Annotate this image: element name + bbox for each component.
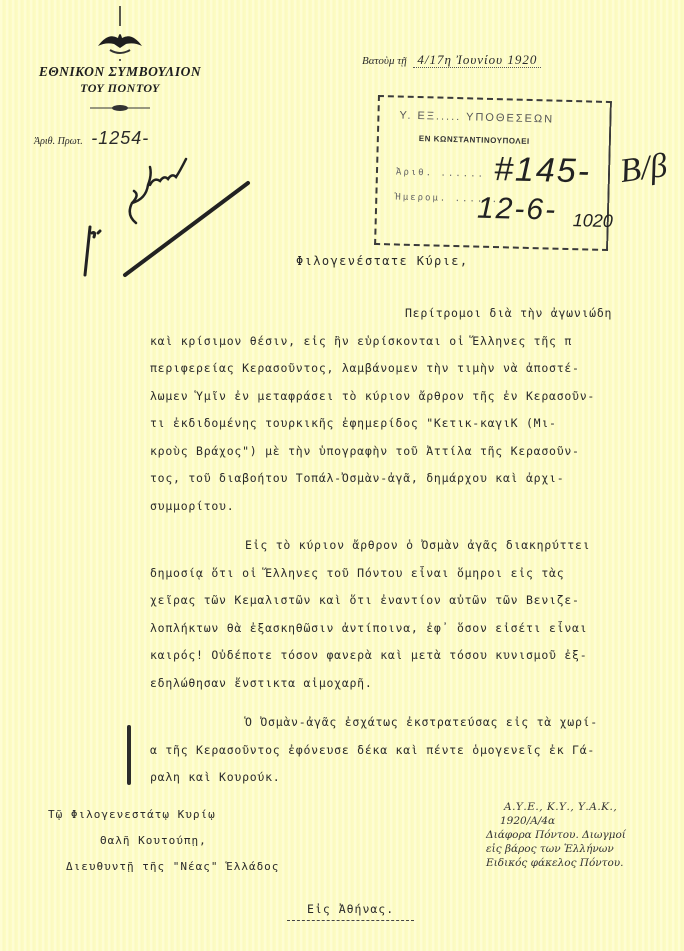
body-line: Περίτρομοι διὰ τὴν ἀγωνιώδη — [150, 300, 670, 328]
organization-subtitle: ΤΟΥ ΠΟΝΤΟΥ — [20, 81, 220, 96]
body-line: περιφερείας Κερασοῦντος, λαμβάνομεν τὴν … — [150, 355, 670, 383]
archive-line-1: Α.Υ.Ε., Κ.Υ., Υ.Α.Κ., — [478, 800, 678, 814]
organization-name: ΕΘΝΙΚΟΝ ΣΥΜΒΟΥΛΙΟΝ — [20, 62, 220, 81]
body-line: καὶ κρίσιμον θέσιν, εἰς ἣν εὑρίσκονται ο… — [150, 328, 670, 356]
letterhead: ΕΘΝΙΚΟΝ ΣΥΜΒΟΥΛΙΟΝ ΤΟΥ ΠΟΝΤΟΥ — [20, 6, 220, 116]
body-line: καιρός! Οὐδέποτε τόσον φανερὰ καὶ μετὰ τ… — [150, 642, 670, 670]
handwritten-signature — [70, 155, 270, 285]
stamp-handwritten-date: 12-6- — [477, 192, 558, 228]
body-line: κροὺς Βράχος") μὲ τὴν ὑπογραφὴν τοῦ Ἀττί… — [150, 438, 670, 466]
body-line: τος, τοῦ διαβοήτου Τοπάλ-Ὀσμὰν-ἀγᾶ, δημά… — [150, 465, 670, 493]
stamp-handwritten-number: #145- — [494, 150, 592, 192]
body-line: τι ἐκδιδομένης τουρκικῆς ἐφημερίδος "Κετ… — [150, 410, 670, 438]
double-headed-eagle-icon — [90, 6, 150, 62]
destination: Εἰς Ἀθήνας. — [287, 902, 414, 921]
body-line: συμμορίτου. — [150, 493, 670, 521]
body-line: α τῆς Κερασοῦντος ἐφόνευσε δέκα καὶ πέντ… — [150, 737, 670, 765]
stamp-handwritten-year: 1020 — [573, 210, 614, 232]
receipt-stamp: Υ. ΕΞ..... ΥΠΟΘΕΣΕΩΝ ΕΝ ΚΩΝΣΤΑΝΤΙΝΟΥΠΟΛΕ… — [374, 95, 612, 251]
address-line-2: Θαλῆ Κουτούπῃ, — [48, 828, 279, 854]
dateline: Βατοὺμ τῇ 4/17η Ἰουνίου 1920 — [362, 52, 541, 68]
protocol-label: Ἀριθ. Πρωτ. — [34, 136, 83, 147]
protocol-number: Ἀριθ. Πρωτ. -1254- — [34, 128, 149, 149]
body-line: λοπλήκτων θὰ ἐξασκηθῶσιν ἀντίποινα, ἐφ᾽ … — [150, 615, 670, 643]
body-line: χεῖρας τῶν Κεμαλιστῶν καὶ ὅτι ἐναντίον α… — [150, 587, 670, 615]
archive-line-5: Ειδικός φάκελος Πόντου. — [478, 856, 678, 870]
stamp-line-2: ΕΝ ΚΩΝΣΤΑΝΤΙΝΟΥΠΟΛΕΙ — [419, 134, 530, 146]
stamp-line-3: Ἀριθ. ...... — [396, 167, 485, 179]
margin-note: Β/β — [618, 147, 670, 191]
salutation: Φιλογενέστατε Κύριε, — [296, 254, 469, 268]
protocol-value: -1254- — [91, 128, 149, 148]
body-line: Εἰς τὸ κύριον ἄρθρον ὁ Ὀσμὰν ἀγᾶς διακηρ… — [150, 532, 670, 560]
archive-line-2: 1920/Α/4α — [478, 814, 678, 828]
divider-ornament-icon — [90, 104, 150, 112]
stamp-line-1: Υ. ΕΞ..... ΥΠΟΘΕΣΕΩΝ — [399, 110, 554, 126]
address-line-1: Τῷ Φιλογενεστάτῳ Κυρίῳ — [48, 802, 279, 828]
dateline-date: 4/17η Ἰουνίου 1920 — [413, 52, 541, 68]
dateline-place: Βατοὺμ τῇ — [362, 55, 407, 67]
body-line: ραλη καὶ Κουρούκ. — [150, 764, 670, 792]
body-line: λωμεν Ὑμῖν ἐν μεταφράσει τὸ κύριον ἄρθρο… — [150, 383, 670, 411]
archive-line-3: Διάφορα Πόντου. Διωγμοί — [478, 828, 678, 842]
letter-body: Περίτρομοι διὰ τὴν ἀγωνιώδη καὶ κρίσιμον… — [150, 300, 670, 792]
archive-annotation: Α.Υ.Ε., Κ.Υ., Υ.Α.Κ., 1920/Α/4α Διάφορα … — [478, 800, 678, 870]
archive-line-4: εἰς βάρος των Ἑλλήνων — [478, 842, 678, 856]
body-line: δημοσίᾳ ὅτι οἱ Ἕλληνες τοῦ Πόντου εἶναι … — [150, 560, 670, 588]
recipient-address: Τῷ Φιλογενεστάτῳ Κυρίῳ Θαλῆ Κουτούπῃ, Δι… — [48, 802, 279, 880]
margin-mark — [127, 725, 131, 785]
body-line: Ὁ Ὀσμὰν-ἀγᾶς ἐσχάτως ἐκστρατεύσας εἰς τὰ… — [150, 709, 670, 737]
address-line-3: Διευθυντῇ τῆς "Νέας" Ἑλλάδος — [48, 854, 279, 880]
body-line: εδηλώθησαν ἔνστικτα αἱμοχαρῆ. — [150, 670, 670, 698]
